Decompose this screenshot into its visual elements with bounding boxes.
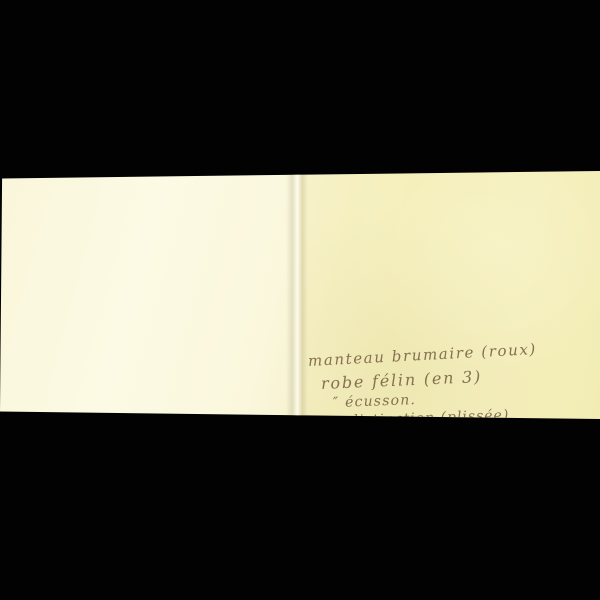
handwriting-line-3: ″ écusson. [333, 392, 417, 411]
left-page [0, 171, 297, 419]
notebook-spread: ’ manteau brumaire (roux) robe félin (en… [0, 171, 600, 419]
page-seam [286, 171, 308, 419]
photo-background: ’ manteau brumaire (roux) robe félin (en… [0, 0, 600, 600]
